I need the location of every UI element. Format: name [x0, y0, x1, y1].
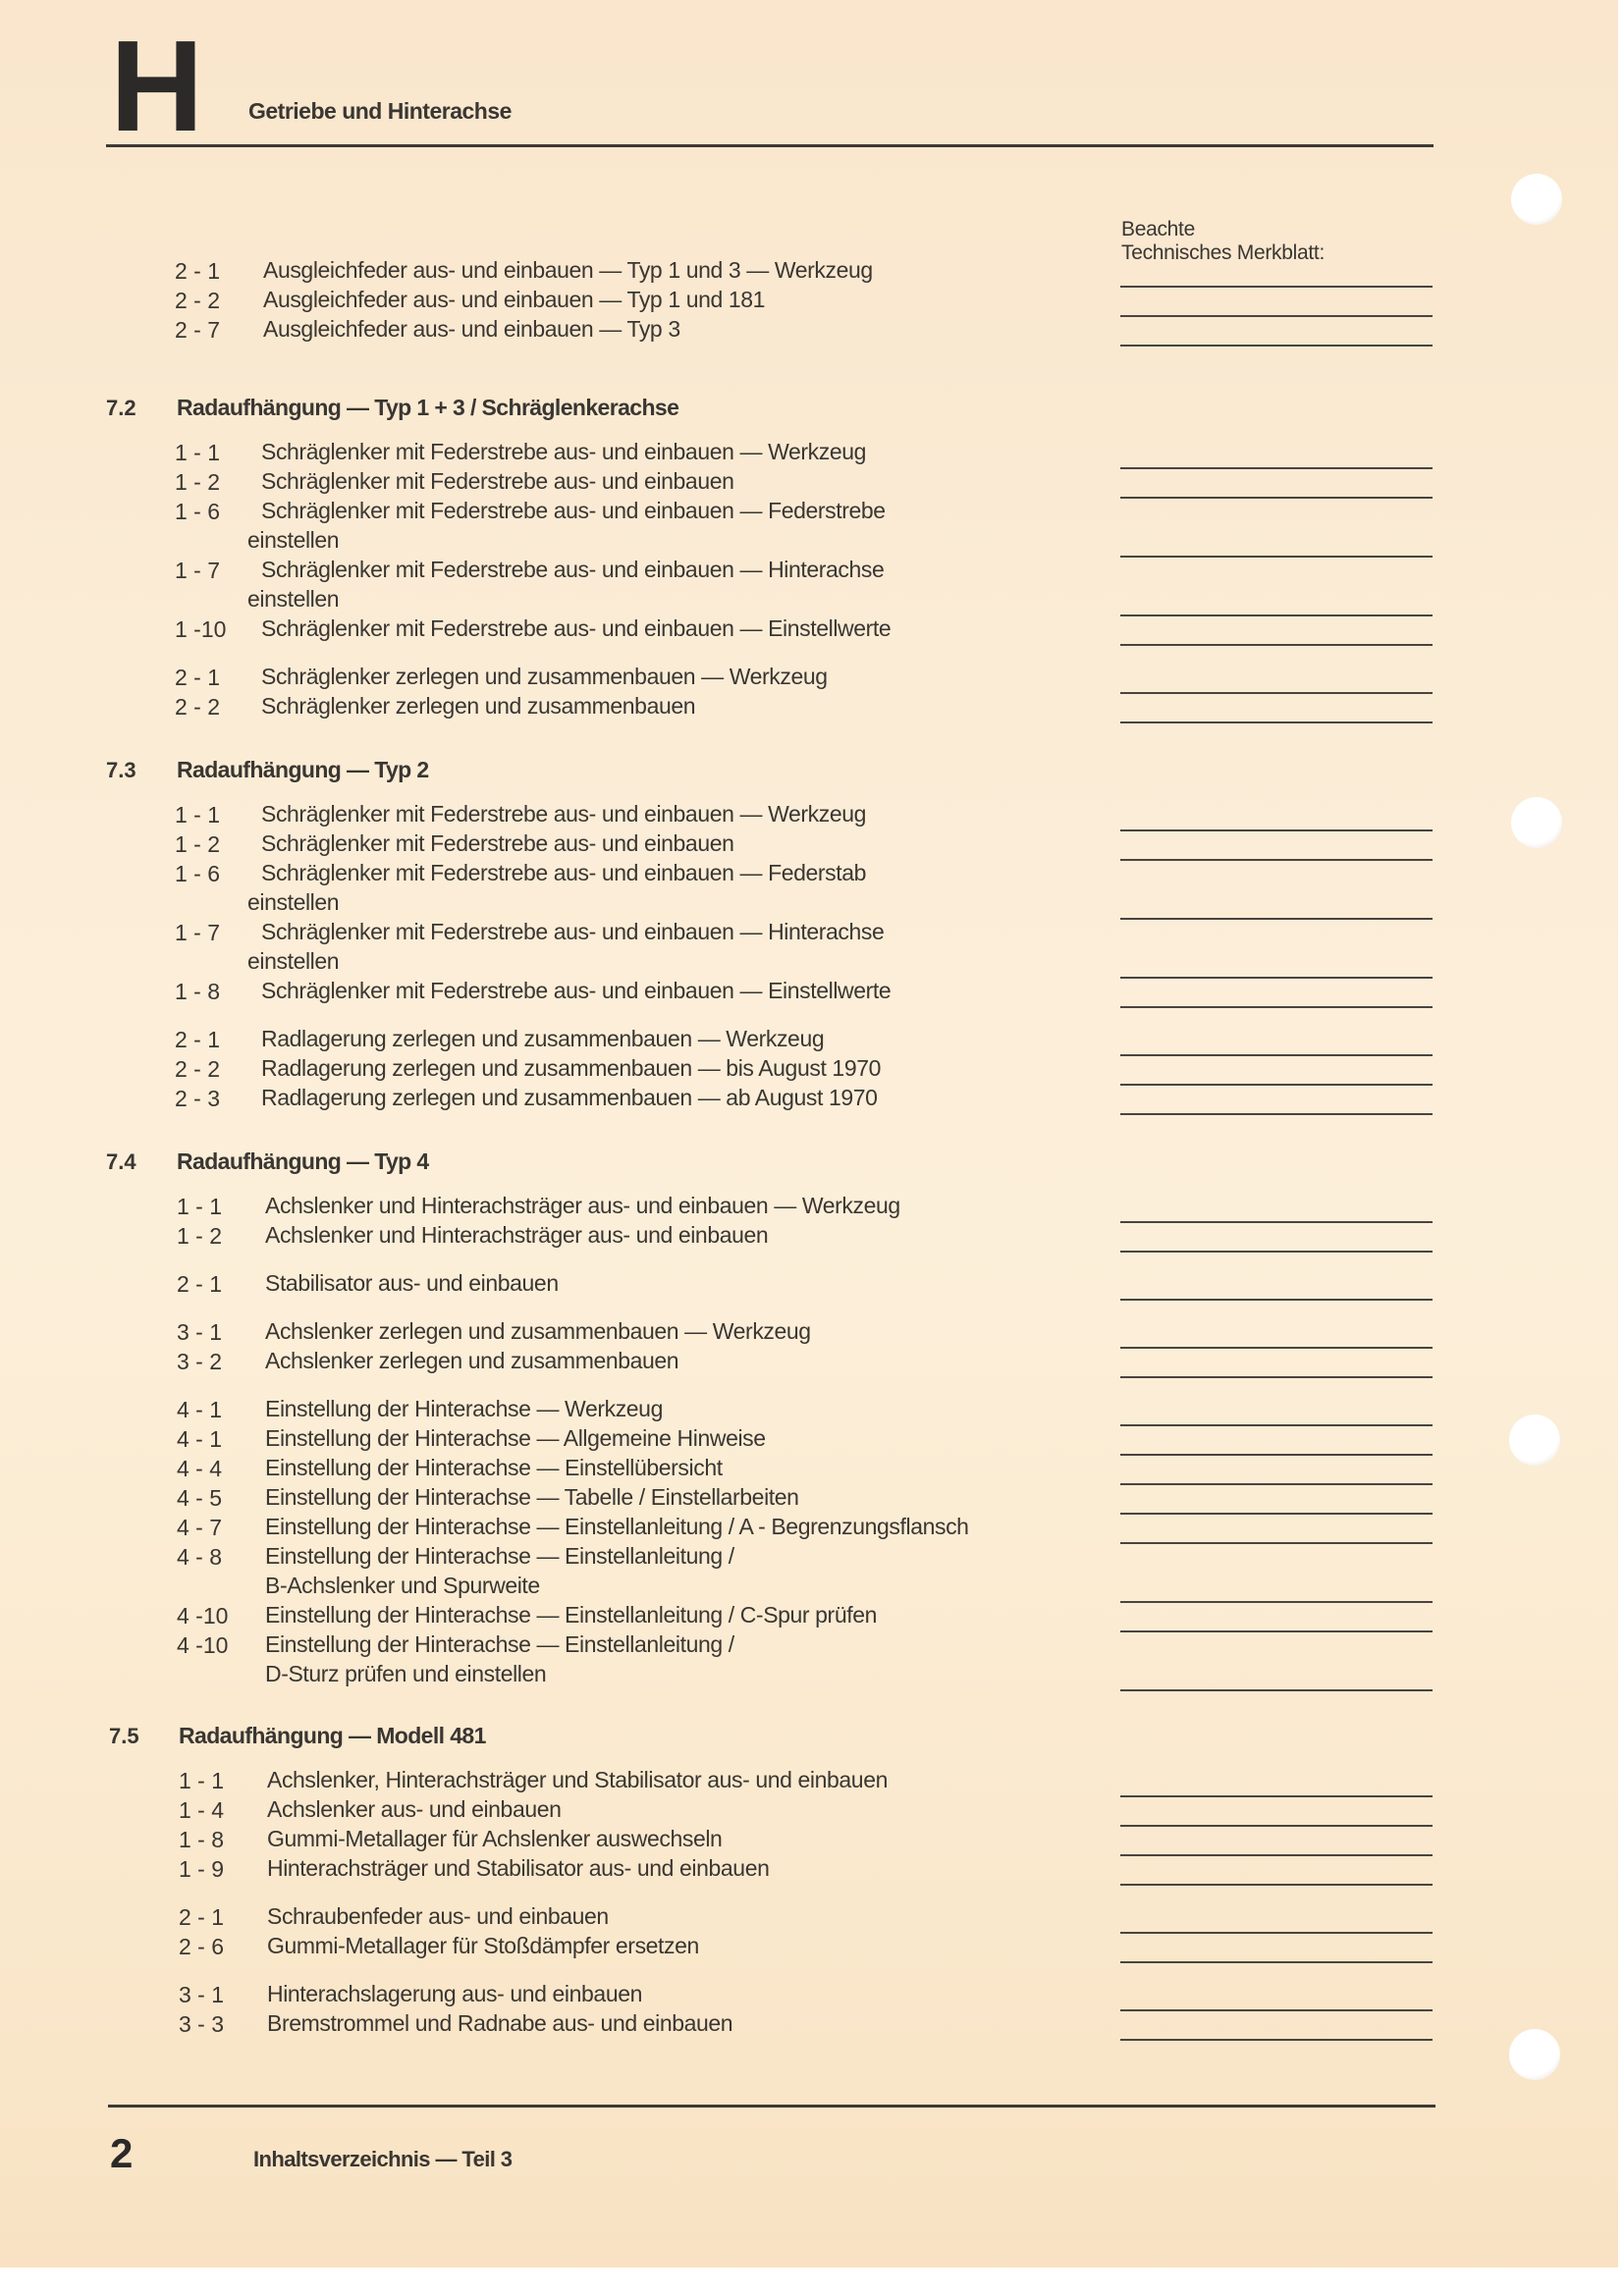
entry-text: Einstellung der Hinterachse — Einstellan… [265, 1541, 734, 1571]
entry-text: Hinterachslagerung aus- und einbauen [267, 1979, 642, 2008]
entry-text: Achslenker und Hinterachsträger aus- und… [265, 1220, 768, 1250]
entry-text: Schräglenker mit Federstrebe aus- und ei… [261, 917, 884, 946]
entry-code: 2 - 2 [175, 694, 220, 721]
note-line[interactable] [1120, 1932, 1433, 1934]
entry-text: Stabilisator aus- und einbauen [265, 1268, 559, 1298]
entry-code: 4 - 1 [177, 1397, 222, 1423]
entry-code: 2 - 7 [175, 317, 220, 344]
section-heading: Radaufhängung — Typ 4 [177, 1148, 429, 1175]
entry-text: Schräglenker mit Federstrebe aus- und ei… [261, 466, 734, 496]
entry-code: 1 - 2 [175, 469, 220, 496]
entry-text: Achslenker aus- und einbauen [267, 1794, 562, 1824]
note-line[interactable] [1120, 1689, 1433, 1691]
section-number: 7.2 [106, 396, 136, 421]
entry-text: Einstellung der Hinterachse — Einstellan… [265, 1629, 734, 1659]
note-line[interactable] [1120, 1961, 1433, 1963]
entry-text: Einstellung der Hinterachse — Tabelle / … [265, 1482, 799, 1512]
entry-code: 1 - 8 [179, 1827, 224, 1853]
entry-text: Einstellung der Hinterachse — Allgemeine… [265, 1423, 766, 1453]
entry-code: 2 - 3 [175, 1086, 220, 1112]
note-line[interactable] [1120, 1542, 1433, 1544]
entry-code: 3 - 1 [177, 1319, 222, 1346]
entry-text: Achslenker und Hinterachsträger aus- und… [265, 1191, 900, 1220]
entry-code: 1 - 4 [179, 1797, 224, 1824]
entry-code: 1 - 6 [175, 499, 220, 525]
section-number: 7.3 [106, 758, 136, 783]
note-line[interactable] [1120, 1795, 1433, 1797]
entry-code: 3 - 1 [179, 1982, 224, 2008]
entry-text: Schräglenker mit Federstrebe aus- und ei… [261, 828, 734, 858]
note-line[interactable] [1120, 721, 1433, 723]
note-line[interactable] [1120, 345, 1433, 347]
entry-text: Schräglenker mit Federstrebe aus- und ei… [261, 858, 866, 887]
note-line[interactable] [1120, 1601, 1433, 1603]
note-line[interactable] [1120, 1347, 1433, 1349]
entry-text: Radlagerung zerlegen und zusammenbauen —… [261, 1024, 824, 1053]
note-line[interactable] [1120, 315, 1433, 317]
entry-text: einstellen [247, 946, 339, 976]
notes-label-line2: Technisches Merkblatt: [1121, 241, 1325, 265]
entry-code: 4 -10 [177, 1632, 228, 1659]
entry-text: Ausgleichfeder aus- und einbauen — Typ 3 [263, 314, 680, 344]
entry-text: Einstellung der Hinterachse — Einstellan… [265, 1512, 969, 1541]
note-line[interactable] [1120, 1054, 1433, 1056]
entry-text: Schräglenker mit Federstrebe aus- und ei… [261, 555, 884, 584]
entry-text: B-Achslenker und Spurweite [265, 1571, 540, 1600]
page-number: 2 [110, 2130, 133, 2177]
note-line[interactable] [1120, 644, 1433, 646]
entry-code: 1 - 2 [177, 1223, 222, 1250]
note-line[interactable] [1120, 1884, 1433, 1886]
section-heading: Radaufhängung — Modell 481 [179, 1723, 486, 1749]
entry-code: 2 - 1 [177, 1271, 222, 1298]
entry-text: Hinterachsträger und Stabilisator aus- u… [267, 1853, 770, 1883]
note-line[interactable] [1120, 614, 1433, 616]
notes-label: Beachte Technisches Merkblatt: [1121, 218, 1325, 265]
note-line[interactable] [1120, 1221, 1433, 1223]
note-line[interactable] [1120, 1299, 1433, 1301]
section-heading: Radaufhängung — Typ 1 + 3 / Schräglenker… [177, 395, 678, 421]
note-line[interactable] [1120, 918, 1433, 920]
entry-code: 1 - 6 [175, 861, 220, 887]
entry-text: Radlagerung zerlegen und zusammenbauen —… [261, 1083, 878, 1112]
entry-code: 2 - 1 [175, 258, 220, 285]
entry-text: Schräglenker mit Federstrebe aus- und ei… [261, 976, 891, 1005]
entry-text: Schräglenker mit Federstrebe aus- und ei… [261, 614, 891, 643]
entry-code: 2 - 6 [179, 1934, 224, 1960]
entry-text: Gummi-Metallager für Achslenker auswechs… [267, 1824, 722, 1853]
note-line[interactable] [1120, 977, 1433, 979]
entry-code: 4 - 8 [177, 1544, 222, 1571]
note-line[interactable] [1120, 1424, 1433, 1426]
notes-label-line1: Beachte [1121, 218, 1325, 241]
section-number: 7.5 [109, 1724, 139, 1749]
entry-code: 1 - 1 [175, 802, 220, 828]
note-line[interactable] [1120, 286, 1433, 288]
note-line[interactable] [1120, 1854, 1433, 1856]
entry-code: 1 - 7 [175, 920, 220, 946]
entry-text: D-Sturz prüfen und einstellen [265, 1659, 546, 1688]
chapter-title: Getriebe und Hinterachse [248, 98, 512, 125]
note-line[interactable] [1120, 1006, 1433, 1008]
entry-text: einstellen [247, 525, 339, 555]
note-line[interactable] [1120, 1084, 1433, 1086]
note-line[interactable] [1120, 1483, 1433, 1485]
note-line[interactable] [1120, 467, 1433, 469]
entry-text: einstellen [247, 584, 339, 614]
entry-code: 1 - 2 [175, 831, 220, 858]
entry-code: 1 - 1 [175, 440, 220, 466]
entry-code: 4 - 4 [177, 1456, 222, 1482]
note-line[interactable] [1120, 692, 1433, 694]
note-line[interactable] [1120, 2039, 1433, 2041]
document-page: H Getriebe und Hinterachse Beachte Techn… [0, 0, 1618, 2268]
entry-text: einstellen [247, 887, 339, 917]
entry-text: Ausgleichfeder aus- und einbauen — Typ 1… [263, 255, 873, 285]
note-line[interactable] [1120, 2009, 1433, 2011]
note-line[interactable] [1120, 497, 1433, 499]
note-line[interactable] [1120, 1454, 1433, 1456]
entry-text: Achslenker zerlegen und zusammenbauen [265, 1346, 678, 1375]
entry-text: Schräglenker mit Federstrebe aus- und ei… [261, 437, 866, 466]
footer-title: Inhaltsverzeichnis — Teil 3 [253, 2147, 512, 2172]
entry-code: 2 - 1 [175, 1027, 220, 1053]
header-rule [106, 144, 1434, 147]
note-line[interactable] [1120, 1825, 1433, 1827]
entry-text: Achslenker, Hinterachsträger und Stabili… [267, 1765, 888, 1794]
footer-rule [108, 2105, 1435, 2108]
entry-code: 1 - 1 [179, 1768, 224, 1794]
note-line[interactable] [1120, 1113, 1433, 1115]
section-number: 7.4 [106, 1149, 136, 1175]
entry-text: Einstellung der Hinterachse — Werkzeug [265, 1394, 663, 1423]
note-line[interactable] [1120, 556, 1433, 558]
entry-code: 3 - 2 [177, 1349, 222, 1375]
entry-code: 1 - 7 [175, 558, 220, 584]
entry-code: 4 - 7 [177, 1515, 222, 1541]
section-heading: Radaufhängung — Typ 2 [177, 757, 429, 783]
entry-code: 2 - 1 [179, 1904, 224, 1931]
note-line[interactable] [1120, 1513, 1433, 1515]
entry-code: 1 - 8 [175, 979, 220, 1005]
entry-text: Ausgleichfeder aus- und einbauen — Typ 1… [263, 285, 765, 314]
note-line[interactable] [1120, 829, 1433, 831]
entry-text: Radlagerung zerlegen und zusammenbauen —… [261, 1053, 881, 1083]
entry-text: Schräglenker zerlegen und zusammenbauen [261, 691, 695, 721]
entry-text: Bremstrommel und Radnabe aus- und einbau… [267, 2008, 732, 2038]
punch-hole [1509, 1415, 1560, 1466]
note-line[interactable] [1120, 1376, 1433, 1378]
entry-text: Gummi-Metallager für Stoßdämpfer ersetze… [267, 1931, 699, 1960]
entry-code: 2 - 2 [175, 288, 220, 314]
entry-code: 4 - 1 [177, 1426, 222, 1453]
entry-code: 4 - 5 [177, 1485, 222, 1512]
note-line[interactable] [1120, 859, 1433, 861]
punch-hole [1509, 2029, 1560, 2080]
punch-hole [1511, 174, 1562, 225]
entry-code: 2 - 2 [175, 1056, 220, 1083]
chapter-letter: H [110, 22, 203, 151]
entry-text: Schraubenfeder aus- und einbauen [267, 1901, 609, 1931]
entry-text: Einstellung der Hinterachse — Einstellüb… [265, 1453, 723, 1482]
entry-code: 2 - 1 [175, 665, 220, 691]
punch-hole [1511, 797, 1562, 848]
entry-text: Einstellung der Hinterachse — Einstellan… [265, 1600, 877, 1629]
note-line[interactable] [1120, 1630, 1433, 1632]
entry-code: 3 - 3 [179, 2011, 224, 2038]
entry-text: Achslenker zerlegen und zusammenbauen — … [265, 1316, 811, 1346]
note-line[interactable] [1120, 1251, 1433, 1253]
entry-text: Schräglenker mit Federstrebe aus- und ei… [261, 799, 866, 828]
entry-code: 1 - 1 [177, 1194, 222, 1220]
entry-code: 1 -10 [175, 616, 226, 643]
entry-text: Schräglenker mit Federstrebe aus- und ei… [261, 496, 886, 525]
entry-code: 4 -10 [177, 1603, 228, 1629]
entry-code: 1 - 9 [179, 1856, 224, 1883]
entry-text: Schräglenker zerlegen und zusammenbauen … [261, 662, 828, 691]
